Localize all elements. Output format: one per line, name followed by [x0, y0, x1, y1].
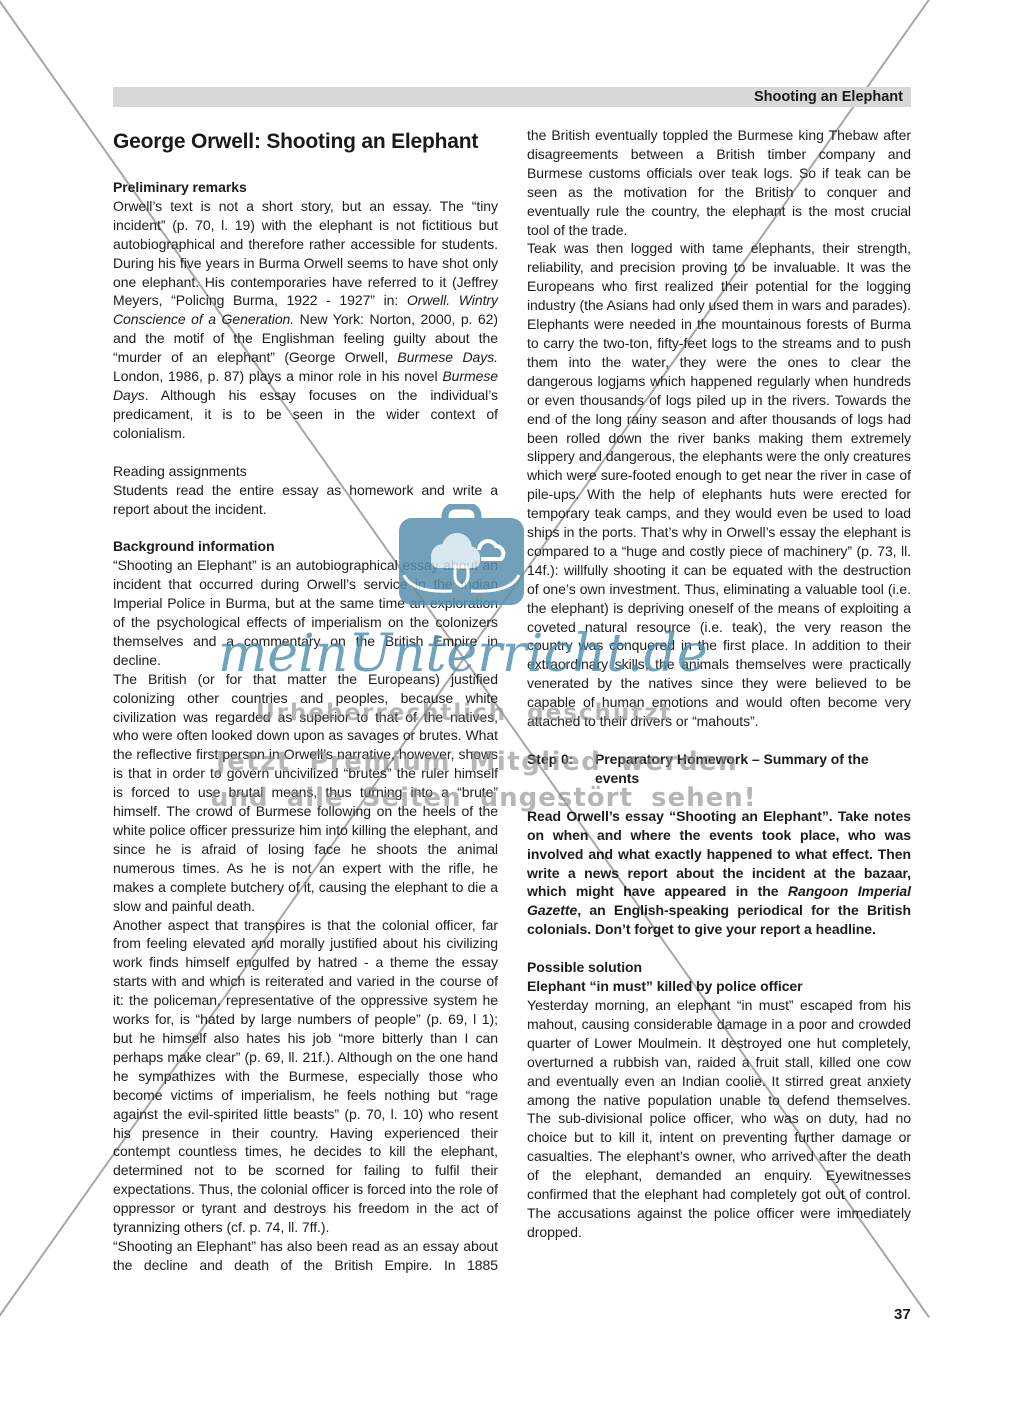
left-column: Preliminary remarksOrwell’s text is not … — [113, 178, 498, 1275]
page-number: 37 — [894, 1306, 911, 1323]
spacer — [527, 939, 911, 958]
page-title: George Orwell: Shooting an Elephant — [113, 130, 478, 154]
paragraph: the British eventually toppled the Burme… — [527, 126, 911, 239]
text-run: Background information — [113, 538, 274, 554]
watermark-promo-text: und alle Seiten ungestört sehen! — [210, 783, 757, 813]
section-subheading: Reading assignments — [113, 462, 498, 481]
paragraph: “Shooting an Elephant” has also been rea… — [113, 1237, 498, 1275]
text-run: London, 1986, p. 87) plays a minor role … — [113, 368, 442, 384]
page-header-label: Shooting an Elephant — [754, 89, 903, 105]
page-header-strip: Shooting an Elephant — [113, 87, 911, 107]
section-heading: Possible solution — [527, 958, 911, 977]
briefcase-cloud-icon — [399, 504, 524, 605]
text-run: “Shooting an Elephant” has also been rea… — [113, 1238, 498, 1273]
text-run: the British eventually toppled the Burme… — [527, 127, 911, 238]
watermark-protect-text: Urheberrechtlich geschützt — [256, 700, 673, 726]
section-heading: Elephant “in must” killed by police offi… — [527, 977, 911, 996]
italic-text-run: Burmese Days. — [397, 349, 498, 365]
paragraph: Yesterday morning, an elephant “in must”… — [527, 996, 911, 1242]
spacer — [113, 443, 498, 462]
paragraph: Orwell’s text is not a short story, but … — [113, 197, 498, 443]
text-run: Possible solution — [527, 959, 642, 975]
task-paragraph: Read Orwell’s essay “Shooting an Elephan… — [527, 807, 911, 939]
text-run: Elephant “in must” killed by police offi… — [527, 978, 803, 994]
text-run: Preliminary remarks — [113, 179, 247, 195]
watermark-promo-text: Jetzt Premium Mitglied werden — [216, 747, 738, 777]
text-run: . Although his essay focuses on the indi… — [113, 387, 498, 441]
watermark-brand-script: meinUnterricht.de — [218, 624, 708, 684]
section-heading: Preliminary remarks — [113, 178, 498, 197]
text-run: Reading assignments — [113, 463, 247, 479]
text-run: Yesterday morning, an elephant “in must”… — [527, 997, 911, 1240]
document-page: Shooting an Elephant George Orwell: Shoo… — [0, 0, 1024, 1410]
paragraph: Another aspect that transpires is that t… — [113, 916, 498, 1237]
text-run: Another aspect that transpires is that t… — [113, 917, 498, 1236]
text-run: , an English-speaking periodical for the… — [527, 902, 911, 937]
